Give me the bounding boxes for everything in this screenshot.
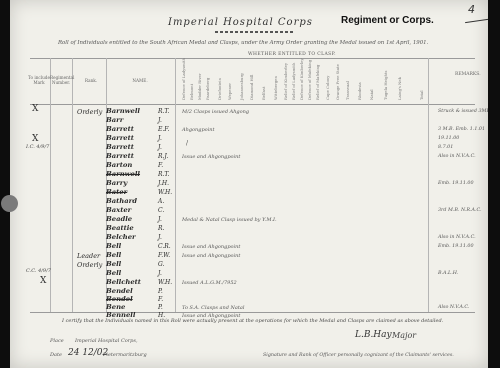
row-initials: G. (158, 261, 165, 268)
col-head-rank: Rank. (80, 78, 102, 83)
row-surname: Barrett (106, 143, 134, 151)
clasp-label: Belmont (189, 84, 194, 100)
row-remark: 3rd M.B. N.R.A.C. (438, 208, 482, 213)
medal-roll-page: 4 Imperial Hospital Corps Regiment or Co… (10, 0, 488, 368)
col-head-name: NAME. (120, 78, 160, 83)
row-remark: B.A.L.H. (438, 271, 458, 276)
header-bottom-rule (30, 104, 475, 105)
clasp-col: Wittebergen (272, 60, 279, 100)
clasp-label: Laing's Nek (397, 77, 402, 100)
clasp-label: Belfast (261, 87, 266, 100)
scan-left-edge (0, 0, 10, 368)
row-surname: Barrett (106, 125, 134, 133)
certification-text: I certify that the Individuals named in … (62, 318, 443, 324)
clasp-col: Cape Colony (324, 60, 331, 100)
row-remark: Also in N.V.A.C. (438, 154, 476, 159)
row-initials: F.W. (158, 252, 170, 259)
row-surname: Barnwell (106, 107, 140, 115)
clasp-label: Tugela Heights (383, 71, 388, 100)
clasp-col: Relief of Mafeking (314, 60, 321, 100)
row-surname: Beattie (106, 224, 134, 232)
clasp-col: Driefontein (216, 60, 223, 100)
row-initials: J. (158, 270, 162, 277)
row-initials: W.H. (158, 279, 172, 286)
row-initials: W.H. (158, 189, 172, 196)
row-surname: Barr (106, 116, 123, 124)
clasp-label: Relief of Ladysmith (291, 63, 296, 100)
row-surname: Beadle (106, 215, 132, 223)
clasp-col: Total (418, 60, 425, 100)
clasp-col: Transvaal (344, 60, 351, 100)
row-surname: Bell (106, 260, 121, 268)
margin-note: C.C. 4/9/7 (26, 268, 51, 274)
officer-signature: L.B.Hay (355, 330, 392, 340)
row-remark: Emb. 19.11.00 (438, 181, 474, 186)
clasp-label: Total (419, 90, 424, 100)
clasp-col: Belfast (260, 60, 267, 100)
scanned-document: 4 Imperial Hospital Corps Regiment or Co… (0, 0, 500, 368)
clasp-label: Paardeberg (205, 78, 210, 100)
date-label: Date (50, 352, 62, 358)
clasp-col: Defence of Kimberley (298, 60, 305, 100)
hole-punch (1, 195, 18, 212)
corps-name: Imperial Hospital Corps (168, 17, 313, 28)
row-surname: Bater (106, 188, 127, 196)
clasp-label: Relief of Kimberley (283, 63, 288, 100)
row-initials: J. (158, 234, 162, 241)
signature-caption: Signature and Rank of Officer personally… (263, 353, 454, 358)
clasp-label: Wepener (227, 83, 232, 100)
row-surname: Barrett (106, 152, 134, 160)
row-surname: Belcher (106, 233, 136, 241)
clasp-col: Defence of Ladysmith (180, 60, 187, 100)
row-remark: Emb. 19.11.00 (438, 244, 474, 249)
clasp-col: Defence of Mafeking (306, 60, 313, 100)
col-head-remarks: REMARKS. (455, 72, 481, 77)
clasp-col: Rhodesia (356, 60, 363, 100)
place-label: Place (50, 338, 64, 344)
row-initials: R.J. (158, 153, 168, 160)
clasp-label: Transvaal (345, 81, 350, 100)
row-initials: J. (158, 135, 162, 142)
cross-mark: X (40, 276, 46, 286)
row-initials: F. (158, 162, 163, 169)
regiment-label: Regiment or Corps. (341, 15, 434, 26)
row-initials: J. (158, 216, 162, 223)
clasp-label: Driefontein (217, 78, 222, 100)
row-initials: E.F. (158, 126, 169, 133)
row-remark: Struck & issued 3MB (438, 109, 490, 114)
officer-rank: Major (392, 331, 416, 340)
date-place: Pietermaritzburg (103, 352, 147, 358)
page-number: 4 (468, 3, 475, 16)
row-initials: J. (158, 144, 162, 151)
row-initials: C.R. (158, 243, 171, 250)
row-remark: 19.11.00 (438, 136, 459, 141)
clasp-col: Laing's Nek (396, 60, 403, 100)
clasp-col: Orange Free State (334, 60, 341, 100)
clasp-col: Wepener (226, 60, 233, 100)
clasp-label: Rhodesia (357, 82, 362, 100)
row-initials: R. (158, 225, 164, 232)
row-initials: A. (158, 198, 164, 205)
clasp-label: Diamond Hill (249, 75, 254, 100)
row-initials: C. (158, 207, 164, 214)
scan-right-edge (488, 0, 500, 368)
clasp-label: Modder River (197, 73, 202, 100)
col-head-regimental-number: Regimental Number. (50, 75, 72, 85)
row-initials: J. (158, 117, 162, 124)
clasp-col: Belmont (188, 60, 195, 100)
row-surname: Bell (106, 242, 121, 250)
col-head-mark: To include Mark (28, 75, 50, 85)
clasp-label: Cape Colony (325, 76, 330, 100)
row-remark: 8.7.01 (438, 145, 453, 150)
clasp-label: Johannesburg (239, 73, 244, 100)
row-surname: Bell (106, 269, 121, 277)
clasp-col: Paardeberg (204, 60, 211, 100)
clasp-label: Natal (369, 89, 374, 100)
row-remark: Also in N.V.A.C. (438, 235, 476, 240)
roll-title: Roll of Individuals entitled to the Sout… (58, 40, 428, 46)
row-surname: Barnwell (106, 170, 140, 178)
row-surname: Baxter (106, 206, 131, 214)
clasp-col: Relief of Ladysmith (290, 60, 297, 100)
clasp-label: Relief of Mafeking (315, 65, 320, 101)
clasp-col: Relief of Kimberley (282, 60, 289, 100)
row-surname: Barton (106, 161, 132, 169)
clasp-label: Wittebergen (273, 76, 278, 100)
clasp-title: WHETHER ENTITLED TO CLASP. (248, 52, 336, 57)
header-top-rule (30, 58, 475, 59)
row-initials: R.T. (158, 171, 169, 178)
corps-underline (215, 31, 295, 33)
clasp-col: Tugela Heights (382, 60, 389, 100)
cross-mark: X (32, 104, 38, 114)
row-surname: Bellchett (106, 278, 141, 286)
clasp-col: Natal (368, 60, 375, 100)
margin-note: I.C. 4/9/7 (26, 144, 49, 150)
row-surname: Bell (106, 251, 121, 259)
row-initials: J.H. (158, 180, 169, 187)
row-surname: Bathard (106, 197, 137, 205)
clasp-label: Defence of Ladysmith (181, 58, 186, 100)
clasp-label: Defence of Mafeking (307, 60, 312, 100)
row-surname: Barry (106, 179, 127, 187)
row-surname: Barrett (106, 134, 134, 142)
clasp-col: Diamond Hill (248, 60, 255, 100)
clasp-col: Modder River (196, 60, 203, 100)
clasp-label: Defence of Kimberley (299, 58, 304, 100)
tick-mark: / (186, 140, 188, 147)
cross-mark: X (32, 134, 38, 144)
clasp-col: Johannesburg (238, 60, 245, 100)
row-initials: R.T. (158, 108, 169, 115)
place-value: Imperial Hospital Corps, (75, 338, 138, 344)
clasp-label: Orange Free State (335, 64, 340, 100)
row-remark: 3 M.B. Emb. 1.1.01 (438, 127, 485, 132)
